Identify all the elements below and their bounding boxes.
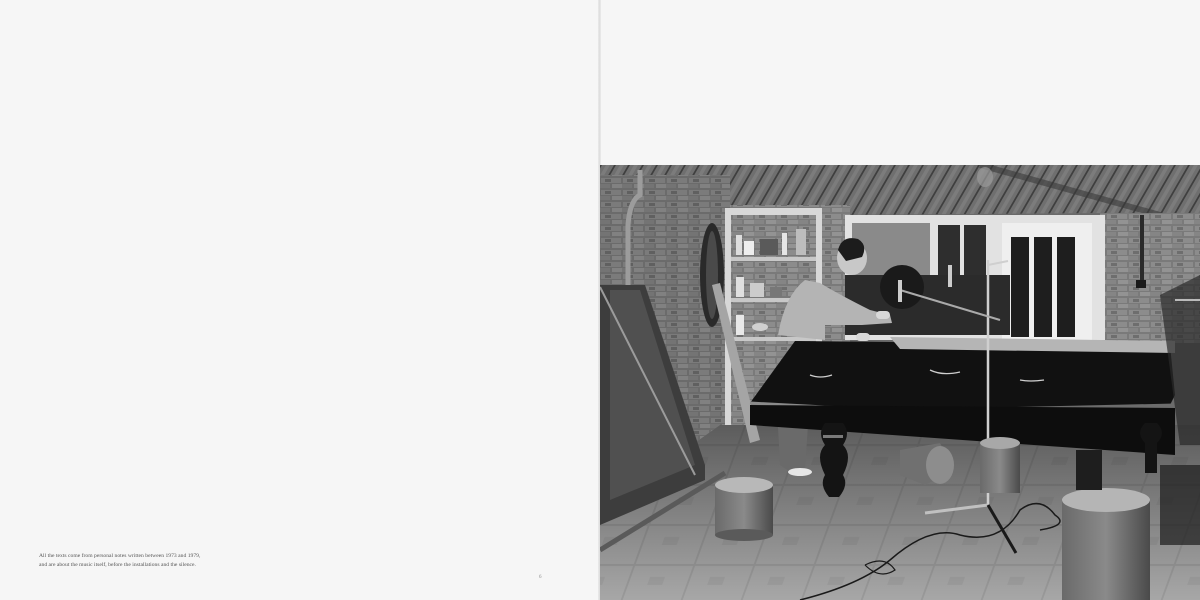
caption: All the texts come from personal notes w…	[39, 552, 339, 570]
left-page: All the texts come from personal notes w…	[0, 0, 600, 600]
page-number: 6	[539, 575, 542, 580]
photograph	[600, 165, 1200, 600]
caption-line-2: and are about the music itself, before t…	[39, 561, 339, 570]
caption-line-1: All the texts come from personal notes w…	[39, 552, 339, 561]
